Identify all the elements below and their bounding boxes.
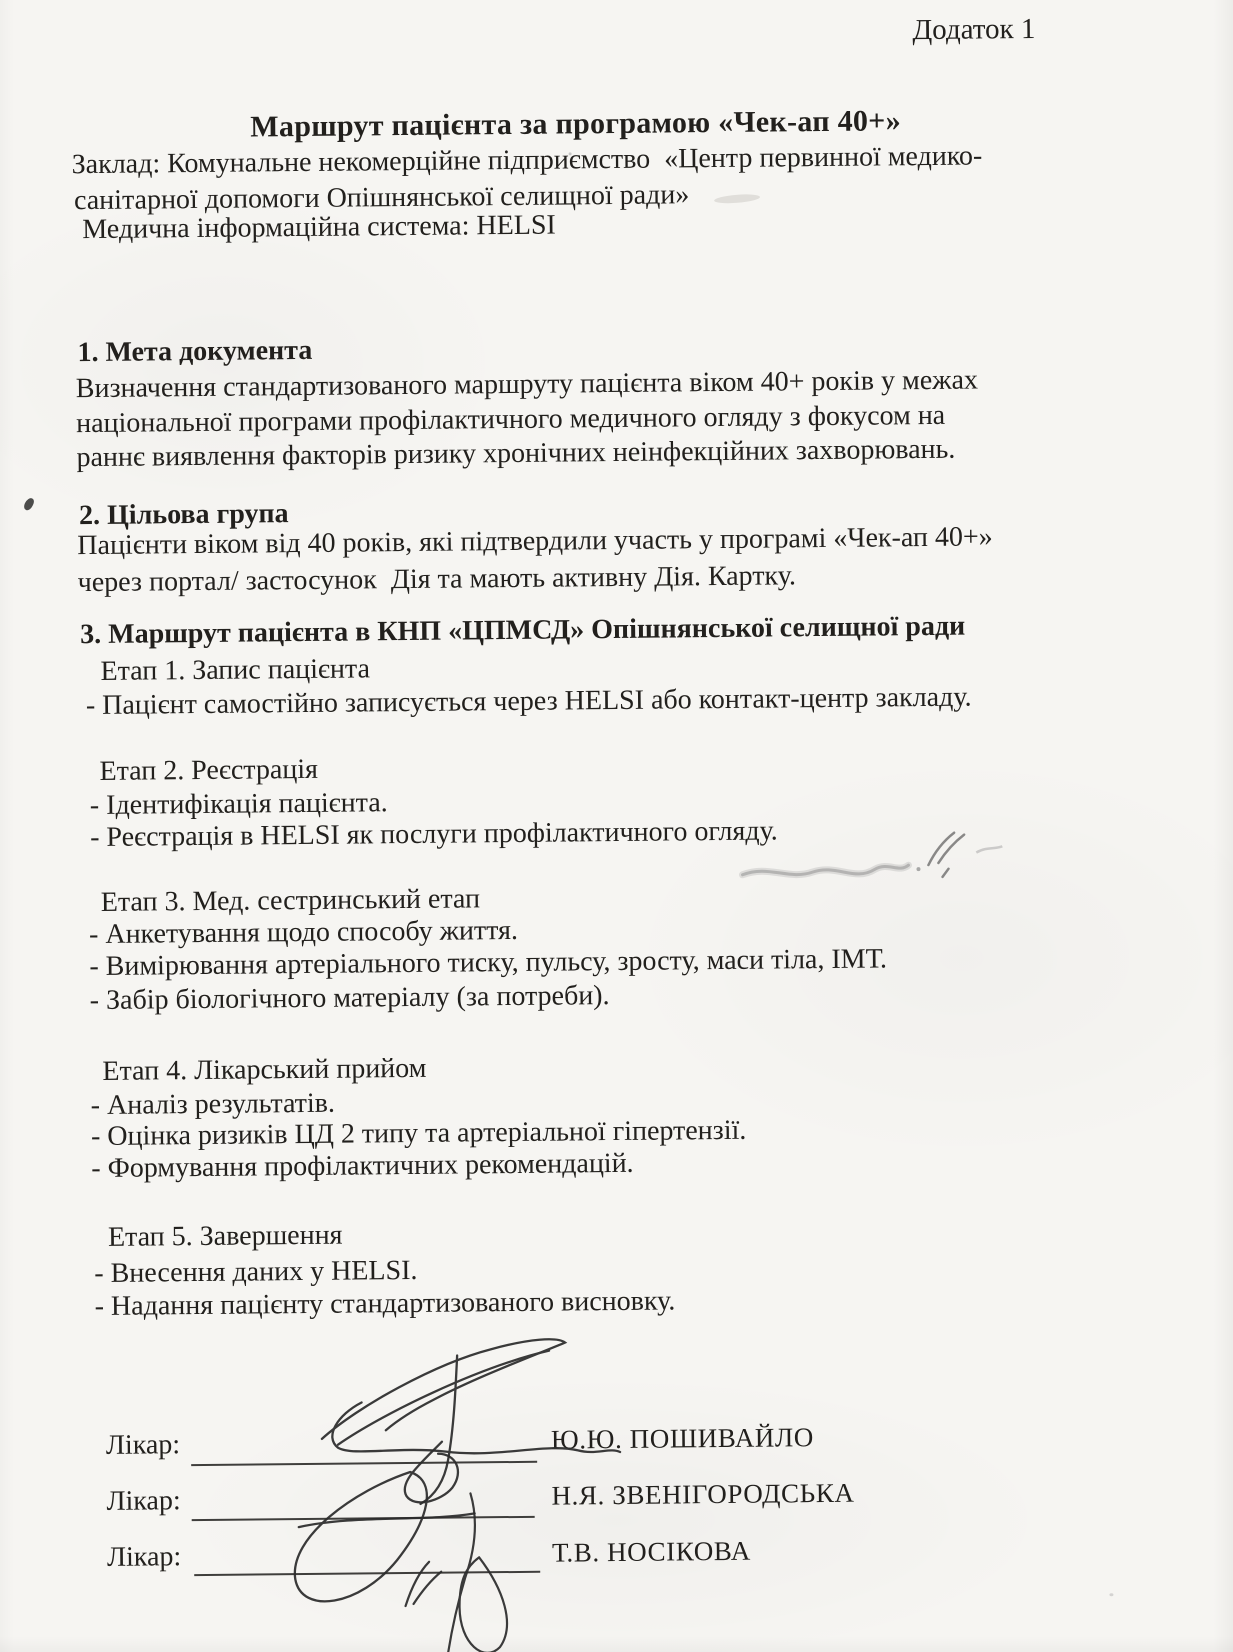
stage-4-bullet-2: - Оцінка ризиків ЦД 2 типу та артеріальн… [91, 1114, 747, 1153]
scanned-document-page: { "document": { "annex": "Додаток 1", "t… [0, 0, 1233, 1652]
stage-1-title: Етап 1. Запис пацієнта [100, 652, 370, 688]
handwritten-signatures [185, 1330, 628, 1652]
stage-3-bullet-2: - Вимірювання артеріального тиску, пульс… [89, 942, 887, 983]
stage-5-title: Етап 5. Завершення [108, 1219, 343, 1254]
doctor-label-3: Лікар: [107, 1540, 181, 1574]
dust-speck [1109, 1593, 1113, 1596]
signature-ink-2 [294, 1441, 476, 1601]
stage-2-title: Етап 2. Реєстрація [99, 753, 318, 788]
document-content: Додаток 1 Маршрут пацієнта за програмою … [0, 0, 1233, 1652]
stage-5-bullet-2: - Надання пацієнту стандартизованого вис… [94, 1284, 675, 1323]
facility-line-1: Заклад: Комунальне некомерційне підприєм… [72, 139, 983, 181]
scan-smear [714, 193, 760, 205]
dust-speck [569, 152, 572, 155]
stage-4-bullet-3: - Формування профілактичних рекомендацій… [91, 1147, 634, 1185]
annex-label: Додаток 1 [912, 12, 1035, 47]
pencil-smudge [700, 826, 1021, 909]
stage-4-bullet-1: - Аналіз результатів. [91, 1087, 336, 1122]
mis-line: Медична інформаційна система: HELSI [82, 209, 556, 247]
stage-3-bullet-3: - Забір біологічного матеріалу (за потре… [90, 979, 610, 1017]
doctor-label-1: Лікар: [106, 1428, 180, 1462]
stage-4-title: Етап 4. Лікарський прийом [102, 1052, 426, 1088]
stage-3-bullet-1: - Анкетування щодо способу життя. [89, 914, 518, 951]
stage-2-bullet-2: - Реєстрація в HELSI як послуги профілак… [90, 814, 778, 854]
section-1-heading: 1. Мета документа [77, 334, 312, 369]
stage-5-bullet-1: - Внесення даних у HELSI. [94, 1254, 417, 1290]
section-1-line-3: раннє виявлення факторів ризику хронічни… [76, 433, 955, 474]
stage-2-bullet-1: - Ідентифікація пацієнта. [90, 786, 388, 822]
stage-3-title: Етап 3. Мед. сестринський етап [101, 882, 481, 919]
ink-speck [23, 497, 36, 512]
section-3-heading: 3. Маршрут пацієнта в КНП «ЦПМСД» Опішня… [80, 610, 965, 652]
signature-ink-1 [321, 1339, 621, 1505]
doctor-label-2: Лікар: [106, 1484, 180, 1518]
section-2-line-2: через портал/ застосунок Дія та мають ак… [78, 559, 797, 599]
document-title: Маршрут пацієнта за програмою «Чек-ап 40… [250, 103, 901, 145]
